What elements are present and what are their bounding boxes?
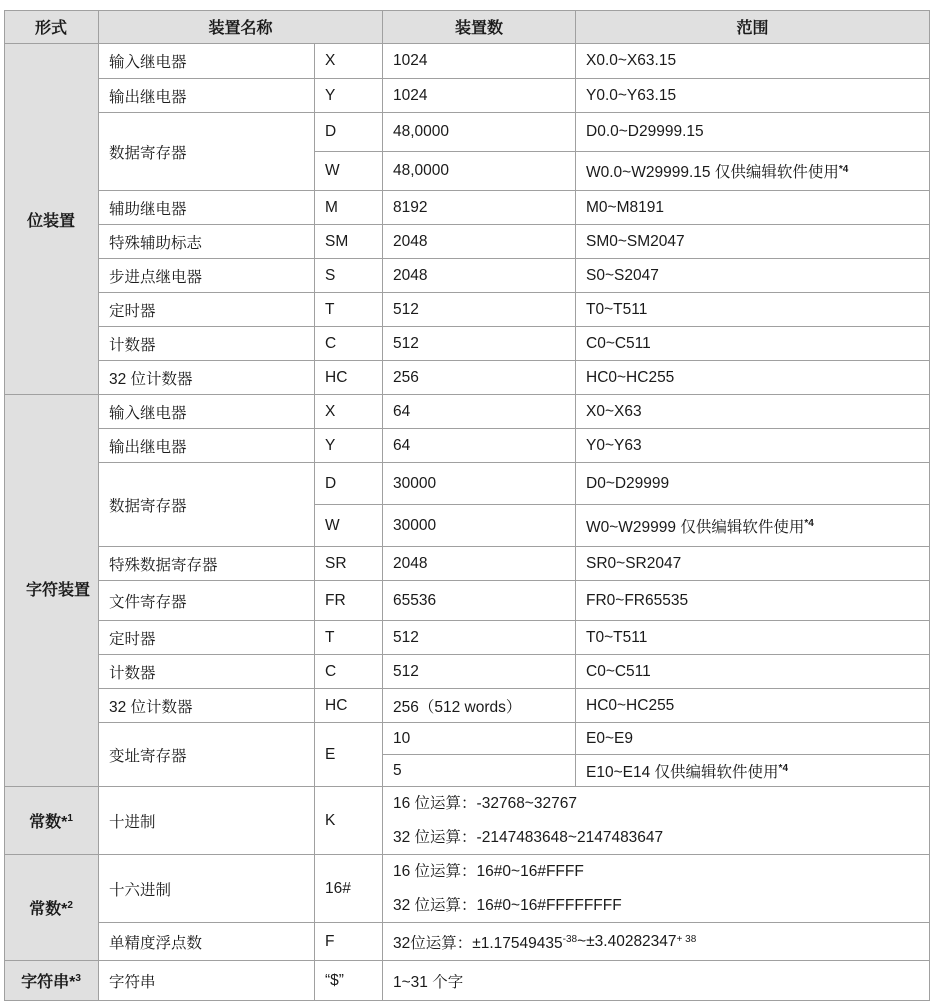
device-range: X0.0~X63.15	[576, 44, 930, 79]
device-count: 2048	[383, 259, 576, 293]
device-name: 输出继电器	[99, 79, 315, 113]
device-code: HC	[315, 361, 383, 395]
device-name: 特殊数据寄存器	[99, 547, 315, 581]
device-name: 十六进制	[99, 855, 315, 923]
device-count: 8192	[383, 191, 576, 225]
device-name: 计数器	[99, 327, 315, 361]
footnote-marker: *4	[839, 164, 848, 175]
device-name: 辅助继电器	[99, 191, 315, 225]
device-count: 10	[383, 723, 576, 755]
device-name: 计数器	[99, 655, 315, 689]
device-code: X	[315, 395, 383, 429]
device-count: 256（512 words）	[383, 689, 576, 723]
device-name: 数据寄存器	[99, 113, 315, 191]
device-range: SR0~SR2047	[576, 547, 930, 581]
device-range: D0.0~D29999.15	[576, 113, 930, 152]
device-range: Y0~Y63	[576, 429, 930, 463]
group-constant-hex-float: 常数*2	[4, 855, 99, 961]
device-code: X	[315, 44, 383, 79]
device-count: 30000	[383, 463, 576, 505]
device-name: 十进制	[99, 787, 315, 855]
device-code: M	[315, 191, 383, 225]
device-name: 输出继电器	[99, 429, 315, 463]
device-range: X0~X63	[576, 395, 930, 429]
constant-range: 16 位运算：-32768~32767 32 位运算：-2147483648~2…	[383, 787, 930, 855]
device-code: D	[315, 463, 383, 505]
device-range: Y0.0~Y63.15	[576, 79, 930, 113]
header-device-name: 装置名称	[99, 10, 383, 44]
footnote-marker: *4	[804, 518, 813, 529]
device-code: W	[315, 505, 383, 547]
device-code: S	[315, 259, 383, 293]
device-range: T0~T511	[576, 293, 930, 327]
device-range: C0~C511	[576, 655, 930, 689]
device-code: C	[315, 655, 383, 689]
device-count: 1024	[383, 44, 576, 79]
group-constant-decimal: 常数*1	[4, 787, 99, 855]
device-code: W	[315, 152, 383, 191]
device-code: SM	[315, 225, 383, 259]
range-16bit: 16 位运算：-32768~32767	[393, 787, 577, 821]
device-count: 512	[383, 327, 576, 361]
device-range: M0~M8191	[576, 191, 930, 225]
device-name: 32 位计数器	[99, 689, 315, 723]
device-name: 特殊辅助标志	[99, 225, 315, 259]
device-range: SM0~SM2047	[576, 225, 930, 259]
device-count: 512	[383, 621, 576, 655]
device-range: HC0~HC255	[576, 689, 930, 723]
device-name: 文件寄存器	[99, 581, 315, 621]
device-range: T0~T511	[576, 621, 930, 655]
device-code: HC	[315, 689, 383, 723]
device-count: 30000	[383, 505, 576, 547]
device-code: SR	[315, 547, 383, 581]
header-device-count: 装置数	[383, 10, 576, 44]
device-count: 1024	[383, 79, 576, 113]
device-code: D	[315, 113, 383, 152]
device-count: 64	[383, 395, 576, 429]
device-count: 2048	[383, 547, 576, 581]
device-name: 输入继电器	[99, 395, 315, 429]
device-count: 64	[383, 429, 576, 463]
device-count: 2048	[383, 225, 576, 259]
device-range: W0.0~W29999.15 仅供编辑软件使用*4	[576, 152, 930, 191]
constant-range: 16 位运算：16#0~16#FFFF 32 位运算：16#0~16#FFFFF…	[383, 855, 930, 923]
header-range: 范围	[576, 10, 930, 44]
device-name: 定时器	[99, 621, 315, 655]
device-code: 16#	[315, 855, 383, 923]
device-code: E	[315, 723, 383, 787]
device-name: 定时器	[99, 293, 315, 327]
device-range: HC0~HC255	[576, 361, 930, 395]
header-form: 形式	[4, 10, 99, 44]
device-code: T	[315, 621, 383, 655]
device-code: Y	[315, 79, 383, 113]
device-code: Y	[315, 429, 383, 463]
device-code: FR	[315, 581, 383, 621]
device-count: 48,0000	[383, 113, 576, 152]
group-bit-device: 位装置	[4, 44, 99, 395]
device-code: F	[315, 923, 383, 961]
device-count: 48,0000	[383, 152, 576, 191]
device-name: 数据寄存器	[99, 463, 315, 547]
device-range: FR0~FR65535	[576, 581, 930, 621]
device-range: E0~E9	[576, 723, 930, 755]
footnote-marker: *4	[779, 763, 788, 774]
range-32bit: 32 位运算：-2147483648~2147483647	[393, 821, 663, 855]
range-32bit: 32 位运算：16#0~16#FFFFFFFF	[393, 889, 622, 923]
device-code: K	[315, 787, 383, 855]
device-name: 输入继电器	[99, 44, 315, 79]
device-range: W0~W29999 仅供编辑软件使用*4	[576, 505, 930, 547]
string-range: 1~31 个字	[383, 961, 930, 1001]
device-range: C0~C511	[576, 327, 930, 361]
float-range: 32位运算：±1.17549435-38~±3.40282347+ 38	[383, 923, 930, 961]
device-code: “$”	[315, 961, 383, 1001]
device-count: 65536	[383, 581, 576, 621]
device-count: 512	[383, 655, 576, 689]
device-count: 512	[383, 293, 576, 327]
range-16bit: 16 位运算：16#0~16#FFFF	[393, 855, 584, 889]
device-name: 32 位计数器	[99, 361, 315, 395]
device-name: 变址寄存器	[99, 723, 315, 787]
device-name: 步进点继电器	[99, 259, 315, 293]
device-range: S0~S2047	[576, 259, 930, 293]
device-name: 单精度浮点数	[99, 923, 315, 961]
device-count: 256	[383, 361, 576, 395]
device-code: C	[315, 327, 383, 361]
device-count: 5	[383, 755, 576, 787]
device-name: 字符串	[99, 961, 315, 1001]
device-code: T	[315, 293, 383, 327]
group-string: 字符串*3	[4, 961, 99, 1001]
group-word-device: 字符装置	[4, 395, 99, 787]
device-range: E10~E14 仅供编辑软件使用*4	[576, 755, 930, 787]
device-range: D0~D29999	[576, 463, 930, 505]
